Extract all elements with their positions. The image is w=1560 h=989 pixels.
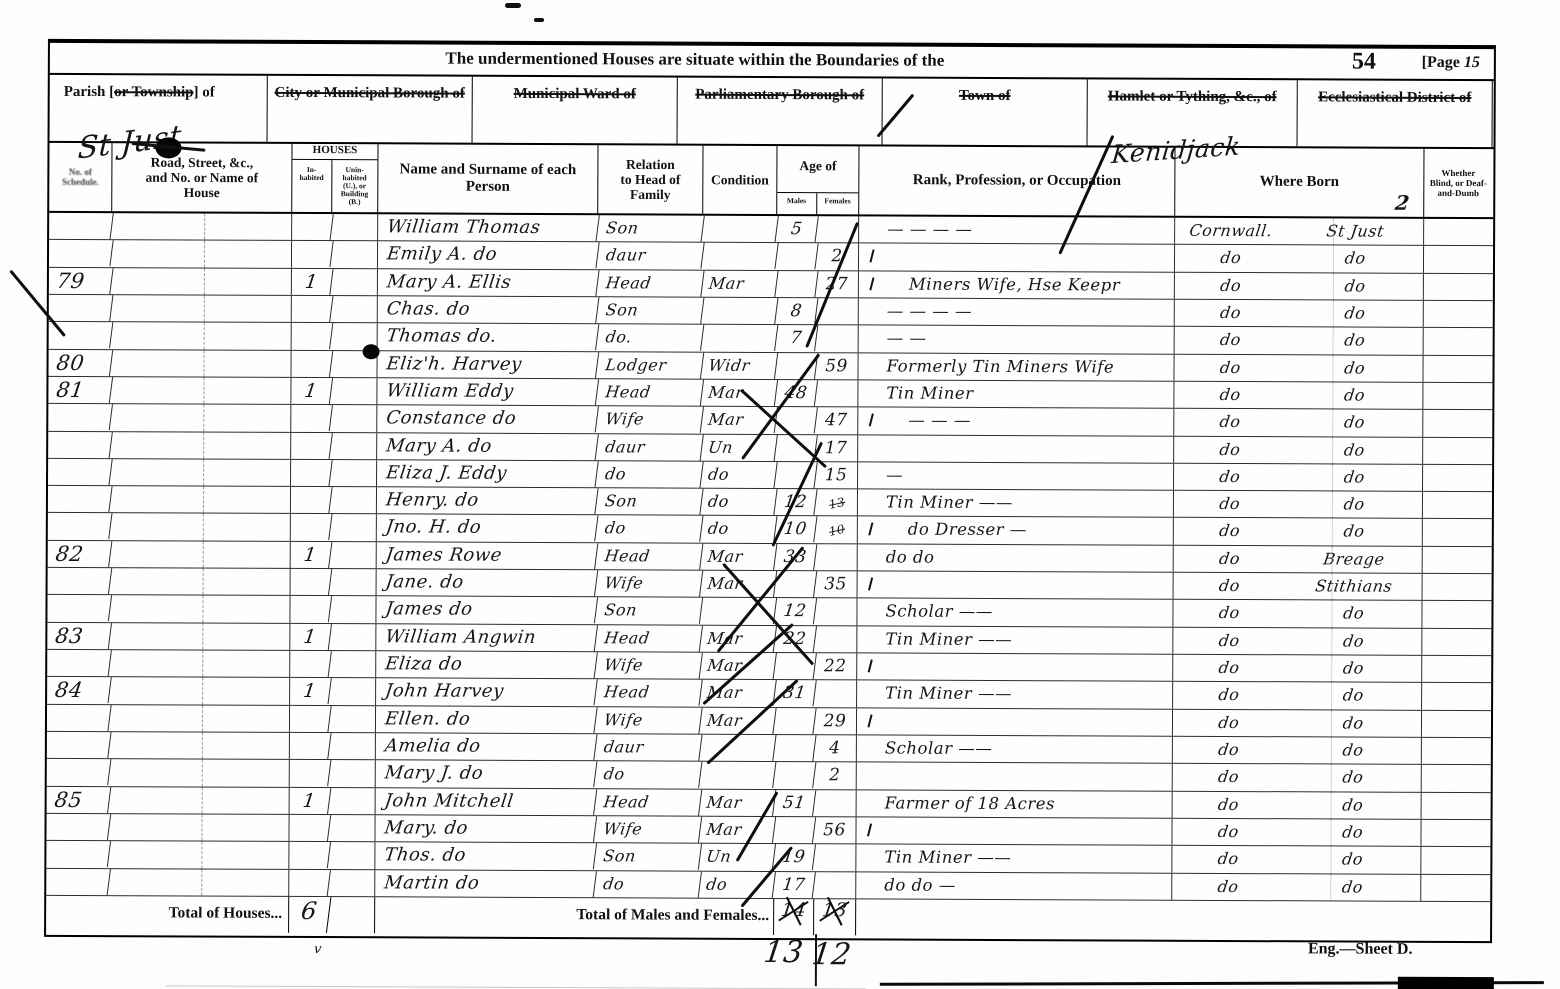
relation-cell: Son	[594, 843, 702, 870]
occupation-cell: Tin Miner	[858, 380, 1174, 408]
uninhabited-cell	[332, 241, 378, 268]
inhabited-mark	[289, 460, 332, 486]
road-street-cell	[110, 595, 290, 622]
ink-speck	[534, 18, 544, 22]
uninhabited-cell	[330, 651, 376, 678]
age-female-cell: 22	[815, 653, 857, 679]
schedule-number	[46, 486, 112, 513]
tally-tick	[869, 250, 874, 263]
ecclesiastical-cell: Ecclesiastical District of	[1298, 80, 1493, 147]
road-street-cell	[110, 650, 290, 677]
age-female-cell: 4	[815, 735, 857, 761]
occupation-cell: do Dresser —	[858, 517, 1174, 545]
uninhabited-cell	[330, 596, 376, 623]
person-name: Mary A. Ellis	[376, 269, 599, 296]
relation-cell: Son	[595, 598, 703, 625]
col-name: Name and Surname of eachPerson	[378, 144, 598, 213]
where-born-cell: dodo	[1173, 627, 1422, 654]
age-female-cell	[817, 325, 859, 351]
relation-cell: Lodger	[596, 352, 704, 379]
occupation-cell: — — — —	[859, 216, 1175, 244]
col-age: Age of Males Females	[777, 146, 859, 214]
person-name: Martin do	[374, 870, 597, 897]
road-street-cell	[111, 486, 291, 513]
schedule-number	[45, 704, 111, 731]
blind-deaf-cell	[1424, 246, 1492, 273]
born-county: do	[1172, 464, 1287, 491]
where-born-cell: dodo	[1174, 491, 1423, 518]
road-street-cell	[112, 240, 292, 267]
relation-cell: Head	[594, 789, 702, 816]
where-born-cell: dodo	[1174, 409, 1423, 436]
schedule-number: 84	[45, 677, 111, 704]
parliamentary-borough-cell: Parliamentary Borough of	[678, 78, 883, 145]
tally-tick	[868, 523, 873, 536]
schedule-number	[45, 868, 111, 895]
inhabited-mark: 1	[290, 269, 333, 295]
condition-cell: Mar	[699, 817, 776, 844]
blind-deaf-cell	[1423, 574, 1491, 601]
inhabited-mark	[288, 815, 331, 841]
condition-cell: do	[700, 516, 777, 543]
where-born-cell: dodo	[1175, 245, 1424, 272]
road-street-cell	[111, 377, 291, 404]
born-county: do	[1173, 327, 1288, 354]
age-male-cell	[775, 243, 818, 269]
age-female-cell	[814, 872, 856, 898]
tally-tick	[868, 577, 873, 590]
col-born: Where Born 2	[1175, 148, 1424, 217]
relation-cell: Head	[596, 270, 704, 297]
age-male-cell	[773, 817, 816, 843]
born-parish: do	[1284, 491, 1424, 518]
person-name: Jno. H. do	[375, 515, 598, 542]
road-street-cell	[111, 541, 291, 568]
struck-age-mark: 10	[826, 516, 847, 545]
where-born-cell: dodo	[1175, 327, 1424, 354]
location-header: Parish [or Township] of City or Municipa…	[50, 75, 1494, 149]
age-male-cell: 51	[773, 790, 816, 816]
schedule-number	[45, 732, 111, 759]
born-parish: do	[1285, 300, 1425, 327]
age-female-cell: 35	[816, 571, 858, 597]
uninhabited-cell	[331, 460, 377, 487]
born-parish: do	[1284, 437, 1424, 464]
ink-speck	[505, 3, 521, 8]
uninhabited-cell	[331, 405, 377, 432]
age-female-cell: 2	[815, 762, 857, 788]
condition-cell: Un	[701, 434, 778, 461]
age-female-cell: 27	[817, 271, 859, 297]
blind-deaf-cell	[1424, 219, 1492, 246]
person-name: Mary A. do	[376, 433, 599, 460]
relation-cell: Wife	[595, 570, 703, 597]
born-parish: do	[1284, 382, 1424, 409]
road-street-cell	[112, 213, 292, 240]
inhabited-mark	[290, 405, 333, 431]
census-rows: William Thomas Son 5 — — — — Cornwall.St…	[46, 213, 1493, 902]
born-county: Cornwall.	[1173, 218, 1288, 245]
folio-number: 54	[1352, 49, 1376, 76]
municipal-ward-cell: Municipal Ward of	[473, 77, 678, 144]
age-male-cell	[773, 762, 816, 788]
person-name: Eliz'h. Harvey	[376, 351, 599, 378]
bottom-faint-rule	[166, 985, 866, 989]
uninhabited-cell	[331, 433, 377, 460]
column-headers: No. ofSchedule. Road, Street, &c.,and No…	[49, 143, 1493, 219]
occupation-cell	[858, 435, 1174, 463]
inhabited-mark	[290, 241, 333, 267]
inhabited-mark	[288, 842, 331, 868]
relation-cell: daur	[594, 734, 702, 761]
born-parish: Breage	[1284, 546, 1424, 573]
age-female-cell: 59	[816, 353, 858, 379]
occupation-cell	[857, 708, 1173, 736]
uninhabited-cell	[329, 842, 375, 869]
road-street-cell	[111, 404, 291, 431]
where-born-cell: dodo	[1175, 272, 1424, 299]
born-county: do	[1172, 518, 1287, 545]
census-sheet: The undermentioned Houses are situate wi…	[44, 39, 1496, 943]
born-squiggle: 2	[1393, 191, 1410, 215]
born-county: do	[1171, 873, 1286, 900]
where-born-cell: doStithians	[1174, 573, 1423, 600]
total-males: 14	[780, 899, 808, 921]
blind-deaf-cell	[1423, 547, 1491, 574]
inhabited-mark: 1	[288, 678, 331, 704]
born-county: do	[1173, 245, 1288, 272]
where-born-cell: dodo	[1173, 682, 1422, 709]
age-male-cell: 5	[775, 216, 818, 242]
occupation-cell: Tin Miner ——	[857, 681, 1173, 709]
schedule-number: 82	[46, 541, 112, 568]
schedule-number	[45, 814, 111, 841]
schedule-number	[47, 404, 113, 431]
born-parish: do	[1283, 655, 1423, 682]
inhabited-mark	[288, 733, 331, 759]
relation-cell: Wife	[595, 652, 703, 679]
occupation-cell: do do	[858, 544, 1174, 572]
road-street-cell	[112, 268, 292, 295]
born-county: do	[1171, 709, 1286, 736]
person-name: William Angwin	[375, 624, 598, 651]
condition-cell	[699, 762, 776, 789]
born-county: do	[1171, 682, 1286, 709]
blind-deaf-cell	[1421, 874, 1489, 901]
occupation-cell: —	[858, 462, 1174, 490]
age-male-cell	[775, 271, 818, 297]
col-condition: Condition	[703, 146, 777, 214]
age-male-cell	[773, 735, 816, 761]
col-rank: Rank, Profession, or Occupation	[859, 146, 1175, 215]
born-county: do	[1171, 846, 1286, 873]
born-county: do	[1172, 627, 1287, 654]
uninhabited-cell	[330, 624, 376, 651]
inhabited-mark	[289, 514, 332, 540]
uninhabited-cell	[330, 733, 376, 760]
age-female-cell: 10	[816, 517, 858, 543]
road-street-cell	[112, 322, 292, 349]
person-name: Mary J. do	[374, 761, 597, 788]
occupation-cell: — —	[859, 326, 1175, 354]
col-inhabited: In-habited	[292, 160, 332, 212]
condition-cell	[701, 298, 778, 325]
inhabited-mark	[289, 596, 332, 622]
uninhabited-cell	[330, 678, 376, 705]
uninhabited-cell	[329, 870, 375, 897]
uninhabited-cell	[329, 815, 375, 842]
where-born-cell: dodo	[1175, 300, 1424, 327]
age-male-cell: 12	[774, 598, 817, 624]
where-born-cell: dodo	[1173, 709, 1422, 736]
road-street-cell	[110, 732, 290, 759]
condition-cell: Mar	[700, 543, 777, 570]
born-parish: do	[1283, 628, 1423, 655]
blind-deaf-cell	[1422, 738, 1490, 765]
total-houses-label: Total of Houses...	[46, 896, 289, 933]
person-name: Emily A. do	[376, 242, 599, 269]
sheet-title: The undermentioned Houses are situate wi…	[50, 47, 1340, 73]
person-name: Thos. do	[374, 842, 597, 869]
born-county: do	[1172, 491, 1287, 518]
person-name: Eliza J. Eddy	[375, 460, 598, 487]
tally-tick	[868, 659, 873, 672]
road-street-cell	[110, 787, 290, 814]
road-street-cell	[110, 759, 290, 786]
relation-cell: Wife	[594, 816, 702, 843]
schedule-number: 79	[47, 267, 113, 294]
occupation-cell: Farmer of 18 Acres	[857, 790, 1173, 818]
column-divider-extension	[815, 934, 817, 986]
born-county: do	[1173, 300, 1288, 327]
uninhabited-cell	[332, 214, 378, 241]
uninhabited-cell	[332, 269, 378, 296]
born-parish: do	[1283, 737, 1423, 764]
born-parish: do	[1282, 874, 1422, 901]
born-county: do	[1173, 354, 1288, 381]
occupation-cell: do do —	[856, 872, 1172, 900]
born-parish: do	[1284, 464, 1424, 491]
schedule-number: 85	[45, 786, 111, 813]
road-street-cell	[111, 350, 291, 377]
road-street-cell	[110, 705, 290, 732]
uninhabited-cell	[331, 378, 377, 405]
blind-deaf-cell	[1421, 847, 1489, 874]
where-born-cell: dodo	[1172, 819, 1421, 846]
person-name: James Rowe	[375, 542, 598, 569]
age-female-cell: 47	[816, 407, 858, 433]
born-parish: do	[1283, 683, 1423, 710]
born-parish: do	[1283, 765, 1423, 792]
inhabited-mark	[290, 350, 333, 376]
blind-deaf-cell	[1423, 492, 1491, 519]
person-name: John Harvey	[374, 679, 597, 706]
occupation-cell	[856, 817, 1172, 845]
relation-cell: Son	[596, 215, 704, 242]
occupation-cell: — — — —	[859, 298, 1175, 326]
condition-cell: Mar	[700, 653, 777, 680]
schedule-number	[47, 213, 113, 240]
relation-cell: do.	[596, 325, 704, 352]
road-street-cell	[111, 459, 291, 486]
inhabited-mark	[290, 323, 333, 349]
age-female-cell	[815, 681, 857, 707]
occupation-cell	[859, 244, 1175, 272]
person-name: William Eddy	[376, 378, 599, 405]
relation-cell: do	[594, 761, 702, 788]
stray-pen-mark: v	[313, 942, 323, 957]
schedule-number	[45, 841, 111, 868]
schedule-number: 83	[46, 623, 112, 650]
age-female-cell	[816, 544, 858, 570]
where-born-cell: dodo	[1173, 600, 1422, 627]
age-female-cell	[815, 599, 857, 625]
blind-deaf-cell	[1424, 328, 1492, 355]
inhabited-mark	[289, 487, 332, 513]
blind-deaf-cell	[1423, 465, 1491, 492]
born-parish: do	[1282, 846, 1422, 873]
born-parish: do	[1285, 246, 1425, 273]
occupation-cell	[858, 571, 1174, 599]
inhabited-mark	[289, 651, 332, 677]
road-street-cell	[110, 677, 290, 704]
where-born-cell: dodo	[1173, 655, 1422, 682]
total-females: 13	[821, 899, 849, 921]
age-female-cell: 13	[816, 489, 858, 515]
relation-cell: daur	[596, 434, 704, 461]
col-males: Males	[777, 193, 817, 214]
total-houses-value: 6	[287, 897, 332, 933]
age-female-cell	[815, 626, 857, 652]
relation-cell: Head	[595, 543, 703, 570]
where-born-cell: dodo	[1174, 354, 1423, 381]
inhabited-mark	[288, 706, 331, 732]
person-name: Henry. do	[375, 487, 598, 514]
inhabited-mark: 1	[289, 624, 332, 650]
person-name: Amelia do	[374, 733, 597, 760]
relation-cell: Head	[595, 625, 703, 652]
where-born-cell: dodo	[1173, 764, 1422, 791]
condition-cell: do	[700, 462, 777, 489]
occupation-cell: — — —	[858, 408, 1174, 436]
where-born-cell: dodo	[1174, 436, 1423, 463]
occupation-cell	[857, 653, 1173, 681]
relation-cell: Wife	[594, 707, 702, 734]
person-name: Ellen. do	[374, 706, 597, 733]
col-road: Road, Street, &c.,and No. or Name ofHous…	[112, 143, 292, 212]
where-born-cell: Cornwall.St Just	[1175, 218, 1424, 245]
born-county: do	[1173, 382, 1288, 409]
relation-cell: Head	[596, 379, 704, 406]
where-born-cell: dodo	[1173, 737, 1422, 764]
uninhabited-cell	[331, 515, 377, 542]
relation-cell: do	[595, 461, 703, 488]
person-name: John Mitchell	[374, 788, 597, 815]
age-male-cell	[775, 407, 818, 433]
ink-blob	[363, 344, 380, 359]
blind-deaf-cell	[1421, 820, 1489, 847]
age-male-cell: 19	[773, 844, 816, 870]
inhabited-mark	[290, 214, 333, 240]
condition-cell	[701, 216, 778, 243]
age-female-cell	[816, 380, 858, 406]
blind-deaf-cell	[1422, 629, 1490, 656]
uninhabited-cell	[330, 706, 376, 733]
occupation-cell: Scholar ——	[857, 599, 1173, 627]
blind-deaf-cell	[1422, 601, 1490, 628]
age-female-cell	[814, 844, 856, 870]
born-county: do	[1172, 655, 1287, 682]
age-male-cell	[773, 708, 816, 734]
where-born-cell: doBreage	[1174, 546, 1423, 573]
inhabited-mark: 1	[290, 378, 333, 404]
blind-deaf-cell	[1423, 410, 1491, 437]
col-uninhabited: Unin-habited (U.), orBuilding (B.)	[332, 160, 378, 212]
person-name: Thomas do.	[376, 324, 599, 351]
condition-cell: Mar	[701, 380, 778, 407]
schedule-number	[47, 295, 113, 322]
totals-row: Total of Houses... 6 Total of Males and …	[46, 896, 1490, 938]
condition-cell	[701, 325, 778, 352]
person-name: James do	[375, 597, 598, 624]
person-name: Eliza do	[375, 651, 598, 678]
born-county: do	[1172, 573, 1287, 600]
road-street-cell	[112, 295, 292, 322]
inhabited-mark	[288, 869, 331, 895]
inhabited-mark	[290, 432, 333, 458]
born-parish: do	[1285, 273, 1425, 300]
occupation-cell: Tin Miner ——	[857, 626, 1173, 654]
occupation-cell	[857, 763, 1173, 791]
born-county: do	[1173, 409, 1288, 436]
schedule-number	[45, 759, 111, 786]
born-parish: do	[1283, 792, 1423, 819]
road-street-cell	[110, 623, 290, 650]
where-born-cell: dodo	[1174, 518, 1423, 545]
age-female-cell: 17	[816, 435, 858, 461]
relation-cell: do	[594, 871, 702, 898]
where-born-cell: dodo	[1174, 464, 1423, 491]
person-name: Jane. do	[375, 569, 598, 596]
road-street-cell	[111, 568, 291, 595]
condition-cell: do	[700, 489, 777, 516]
blind-deaf-cell	[1423, 519, 1491, 546]
occupation-cell: Tin Miner ——	[856, 845, 1172, 873]
born-county: do	[1173, 272, 1288, 299]
tally-tick	[869, 414, 874, 427]
inhabited-mark	[288, 760, 331, 786]
tally-tick	[867, 714, 872, 727]
person-name: Chas. do	[376, 296, 599, 323]
road-street-cell	[111, 432, 291, 459]
col-blind: WhetherBlind, or Deaf-and-Dumb	[1424, 149, 1492, 217]
age-male-cell	[774, 653, 817, 679]
schedule-number	[46, 568, 112, 595]
age-female-cell	[815, 790, 857, 816]
born-parish: do	[1283, 710, 1423, 737]
struck-age-mark: 13	[826, 489, 847, 518]
corrected-males-total: 13	[762, 935, 806, 970]
born-county: do	[1172, 546, 1287, 573]
uninhabited-cell	[331, 542, 377, 569]
born-parish: Stithians	[1284, 573, 1424, 600]
born-parish: do	[1283, 601, 1423, 628]
born-parish: do	[1284, 409, 1424, 436]
schedule-number	[46, 650, 112, 677]
person-name: William Thomas	[376, 214, 599, 241]
uninhabited-cell	[330, 760, 376, 787]
condition-cell	[701, 243, 778, 270]
